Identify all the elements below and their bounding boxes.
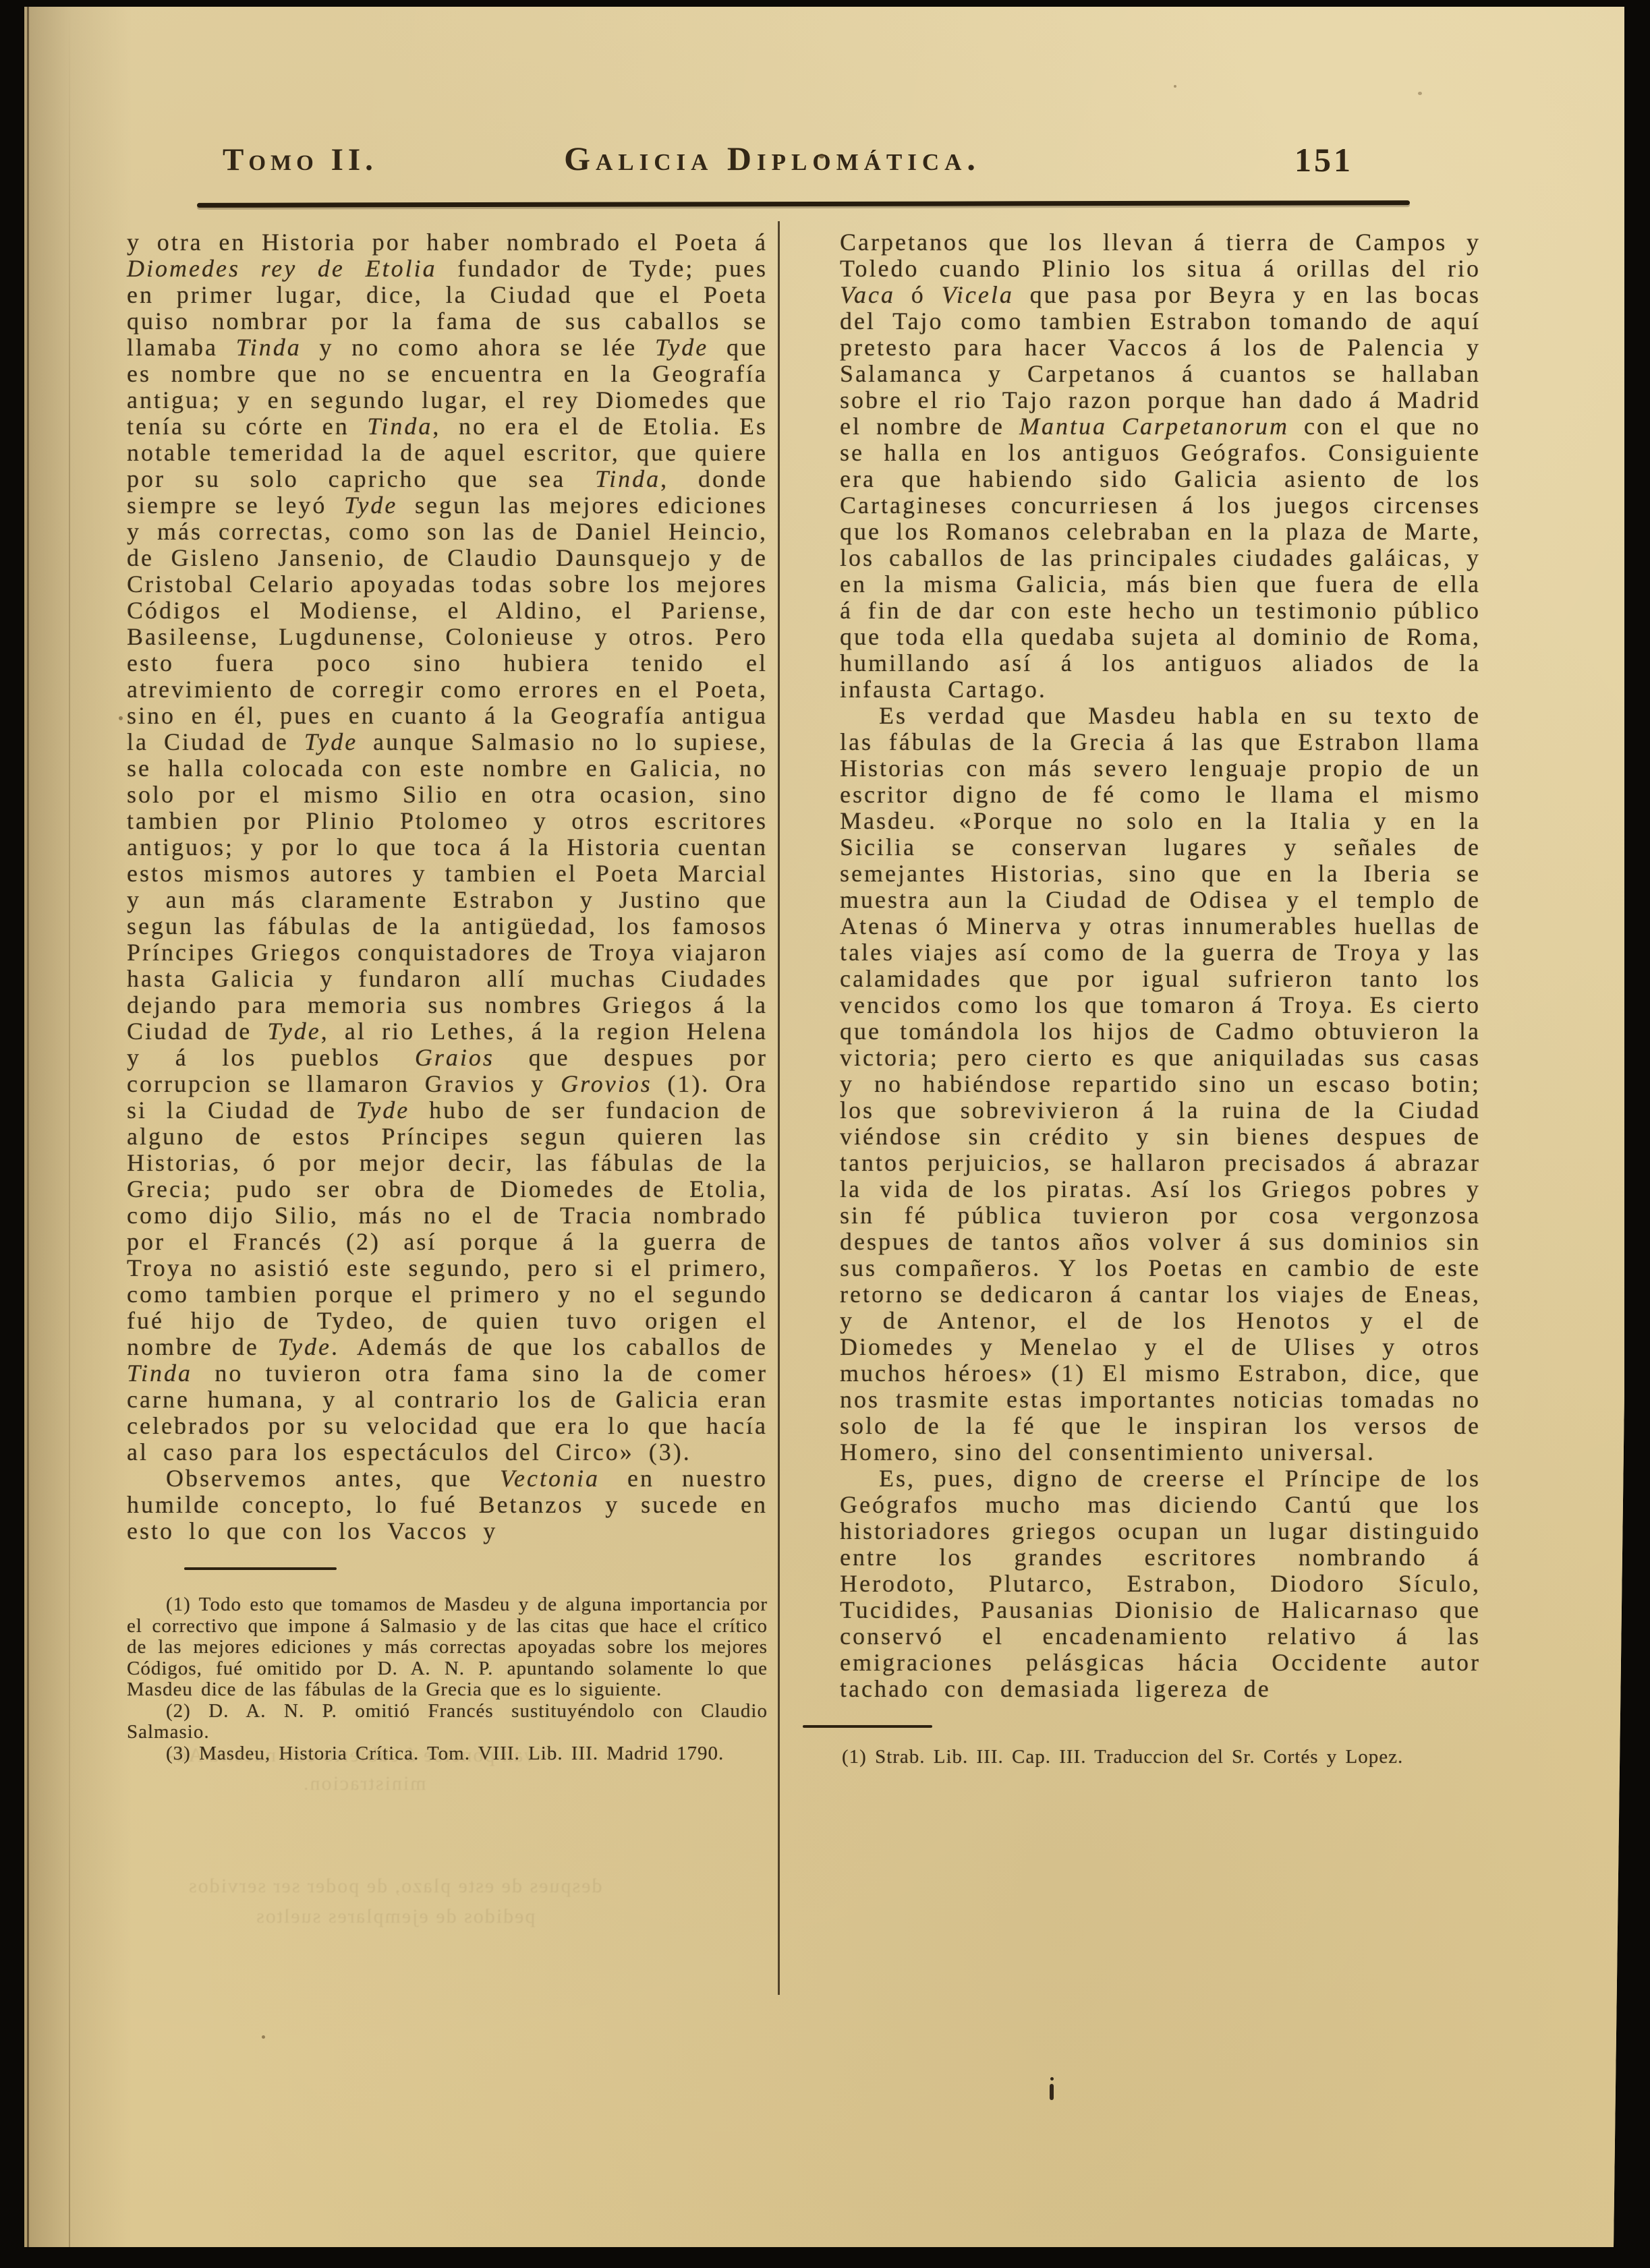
scan-canvas: { "palette":{"background":"#0b0906","pap… bbox=[0, 0, 1650, 2268]
footnote-separator bbox=[803, 1725, 932, 1728]
body-paragraph: Es, pues, digno de creerse el Príncipe d… bbox=[840, 1465, 1481, 1702]
footnote-separator bbox=[184, 1567, 337, 1570]
page-number: 151 bbox=[1295, 140, 1353, 179]
header-rule bbox=[197, 200, 1410, 208]
show-through-text: despues de este plazo, de poder ser serv… bbox=[188, 1875, 602, 1898]
ink-speck bbox=[119, 716, 123, 720]
left-column: y otra en Historia por haber nombrado el… bbox=[127, 229, 768, 1764]
left-footnote-block: (1) Todo esto que tomamos de Masdeu y de… bbox=[127, 1567, 768, 1764]
ink-mark bbox=[1050, 2084, 1054, 2100]
page-title: Galicia Diplomática. bbox=[564, 139, 981, 178]
body-paragraph: Es verdad que Masdeu habla en su texto d… bbox=[840, 703, 1481, 1465]
footnote: (1) Todo esto que tomamos de Masdeu y de… bbox=[127, 1594, 768, 1701]
ink-speck bbox=[1418, 92, 1422, 95]
footnote: (1) Strab. Lib. III. Cap. III. Traduccio… bbox=[803, 1747, 1481, 1768]
body-paragraph: Carpetanos que los llevan á tierra de Ca… bbox=[840, 229, 1481, 703]
right-footnote-block: (1) Strab. Lib. III. Cap. III. Traduccio… bbox=[840, 1725, 1481, 1768]
ink-speck bbox=[262, 2035, 265, 2039]
ink-speck bbox=[819, 154, 824, 158]
show-through-text: pedidos de ejemplares sueltos bbox=[255, 1905, 535, 1928]
ink-speck bbox=[1174, 85, 1176, 88]
column-divider bbox=[778, 221, 780, 1995]
show-through-text: ministracion. bbox=[302, 1772, 426, 1795]
header-volume-label: Tomo II. bbox=[223, 142, 378, 178]
footnote: (2) D. A. N. P. omitió Francés sustituyé… bbox=[127, 1701, 768, 1743]
book-page-scan: Tomo II. Galicia Diplomática. 151 y otra… bbox=[24, 7, 1624, 2247]
body-paragraph: Observemos antes, que Vectonia en nuestr… bbox=[127, 1465, 768, 1544]
body-paragraph: y otra en Historia por haber nombrado el… bbox=[127, 229, 768, 1465]
show-through-text: van ponerse á cubierto con nuestra Ad- bbox=[167, 1744, 534, 1767]
right-column: Carpetanos que los llevan á tierra de Ca… bbox=[840, 229, 1481, 1768]
